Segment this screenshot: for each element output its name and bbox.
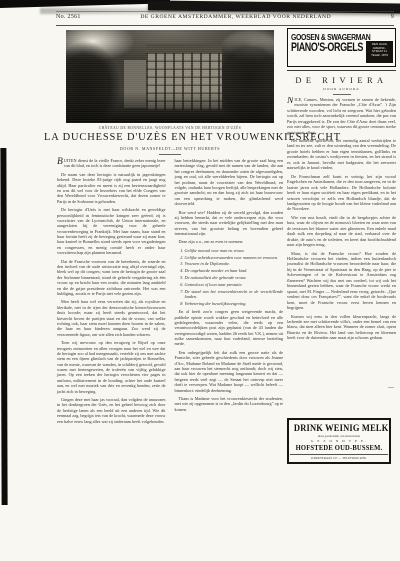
list-item: Verbetering der huwelijkswetgeving. <box>185 301 284 306</box>
list-item: De nationaliteit der gehuwde vrouw. <box>185 275 284 280</box>
newspaper-header: No. 2561 DE GROENE AMSTERDAMMER, WEEKBLA… <box>56 14 394 20</box>
milk-ad-subtitle: maar goede melk, van betrouwbaar <box>290 434 388 438</box>
riviera-byline: DOOR AURORA <box>287 87 396 91</box>
piano-ad-line1: GOOSEN & SWAGERMAN <box>291 32 373 42</box>
photo-halftone-overlay <box>66 30 274 123</box>
paragraph: De Franschman zelf komt er weinig; het z… <box>287 174 396 212</box>
sidebar-rule <box>287 70 396 71</box>
paragraph: Men heeft haar wel eens verweten dat zij… <box>57 299 166 337</box>
paragraph-text: UITEN dienst de la vieille France, denkt… <box>64 158 166 168</box>
chateau-photo <box>66 30 274 123</box>
paragraph: BUITEN dienst de la vieille France, denk… <box>57 158 166 169</box>
paragraph: Een onbegrijpelijk feit dat zulk een gro… <box>175 350 284 393</box>
paragraph: haar betrekkingen. In het midden van de … <box>175 158 284 207</box>
paragraph: En al heeft zoo'n congres geen wetgevend… <box>175 309 284 347</box>
topics-list: Gelijke moraal voor man en vrouw. Gelijk… <box>175 248 284 306</box>
milk-ad-gezond-vee: G E Z O N D V E E. <box>290 439 388 443</box>
milk-ad-address: KERKSTRAAT 157 — TELEFOON 4056. <box>290 454 388 460</box>
list-item: De ongehuwde moeder en haar kind. <box>185 268 284 273</box>
paragraph: Dat de Fransche vrouwen van de beteekeni… <box>57 259 166 297</box>
paragraph-text: ICE, Cannes, Menton, zij vormen te samen… <box>287 97 396 135</box>
paragraph: De hertogin d'Uzès is met haar wilskrach… <box>57 207 166 256</box>
list-item: Gelijke moraal voor man en vrouw. <box>185 248 284 253</box>
photo-caption: CHÂTEAU DE BONNELLES, WOONPLAATS VAN DE … <box>50 126 290 130</box>
paragraph: Hoe werd wie? Hadden zij de wereld gevol… <box>175 210 284 237</box>
riviera-title: DE RIVIERA <box>287 76 396 85</box>
list-item: De stand van het vrouwenkiesrecht in de … <box>185 289 284 300</box>
sidebar: GOOSEN & SWAGERMAN PIANO'S-ORGELS DEN HA… <box>287 28 396 478</box>
header-rule-bottom <box>56 25 394 26</box>
newspaper-title: DE GROENE AMSTERDAMMER, WEEKBLAD VOOR NE… <box>140 14 331 20</box>
article-column-2: haar betrekkingen. In het midden van de … <box>175 158 284 427</box>
paragraph: Wie van rust houdt, vindt die in de berg… <box>287 215 396 248</box>
paragraph: NICE, Cannes, Menton, zij vormen te same… <box>287 97 396 135</box>
article-column-1: BUITEN dienst de la vieille France, denk… <box>57 158 166 427</box>
scan-artifact-left-strip <box>0 148 7 505</box>
page-number: 9 <box>391 14 394 20</box>
milk-ad: DRINK WEINIG MELK maar goede melk, van b… <box>287 418 391 464</box>
list-item: Vrouwen in de Diplomatie. <box>185 261 284 266</box>
paragraph: Thans is Madame voor het vrouwenkiesrech… <box>175 396 284 412</box>
paragraph: De naam van deze hertogin is natuurlijk … <box>57 172 166 204</box>
paragraph: Toen wij mevrouw op den terugweg te Rijs… <box>57 340 166 394</box>
piano-ad-address: DEN HAAG AMERSF.- STRAAT 11 TELEF. 1879 <box>366 41 393 63</box>
paragraph: Gingen deze met haar jas vooraal, dan vo… <box>57 397 166 424</box>
article-headline: LA DUCHESSE D'UZÈS EN HET VROUWENKIESREC… <box>44 132 296 143</box>
article-end-dash: — <box>388 385 394 391</box>
byline-rule <box>159 154 181 155</box>
piano-ad-phone: TELEF. 1879 <box>366 54 393 58</box>
paragraph: Het moderne sportleven, het oneindig aan… <box>287 138 396 171</box>
riviera-article: NICE, Cannes, Menton, zij vormen te same… <box>287 97 396 344</box>
article-columns: BUITEN dienst de la vieille France, denk… <box>57 158 283 427</box>
dropcap: B <box>57 158 63 166</box>
milk-ad-title: DRINK WEINIG MELK <box>294 423 384 433</box>
scan-artifact-top-left <box>0 0 170 8</box>
list-item: Gezinsloon of loon naar prestatie. <box>185 282 284 287</box>
riviera-rule <box>333 94 351 95</box>
paragraph: Maar, is dat de Fransche vrouw? Hoe zoud… <box>287 251 396 311</box>
piano-ad: GOOSEN & SWAGERMAN PIANO'S-ORGELS DEN HA… <box>287 28 396 67</box>
article-byline: DOOR N. MANSFELDT—DE WITT HUBERTS <box>50 146 290 151</box>
issue-number: No. 2561 <box>56 14 81 20</box>
milk-ad-farm-name: HOFSTEDE OUD-BUSSEM. <box>293 444 385 452</box>
paragraph: Komen wij eens in den vollen kleurenprac… <box>287 314 396 341</box>
piano-ad-line2: PIANO'S-ORGELS <box>291 42 363 54</box>
header-rule-top <box>56 11 394 12</box>
dropcap: N <box>287 97 293 105</box>
newspaper-page: { "header": { "issue_no": "No. 2561", "t… <box>0 0 400 561</box>
list-item: Gelijke arbeidsvoorwaarden voor mannen e… <box>185 255 284 260</box>
list-intro: Deze zijn o.a., om ze even te noemen: <box>175 239 284 244</box>
